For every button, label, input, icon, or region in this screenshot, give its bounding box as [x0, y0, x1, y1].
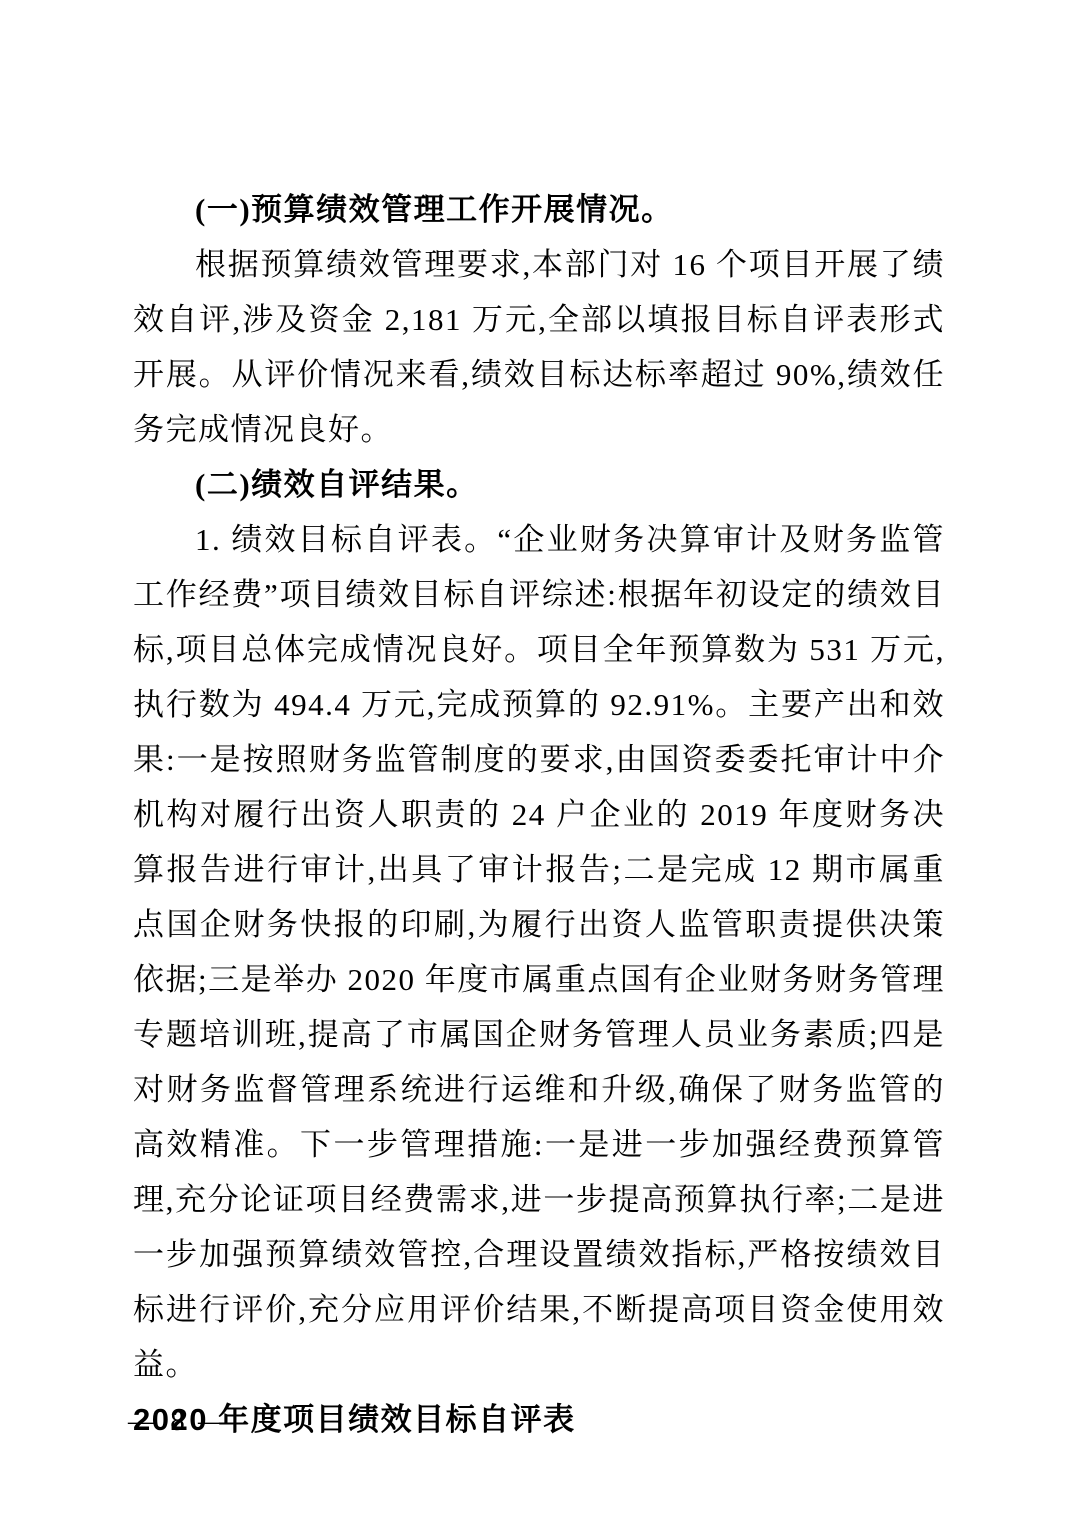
paragraph-project-evaluation-detail: 1. 绩效目标自评表。“企业财务决算审计及财务监管工作经费”项目绩效目标自评综述…: [133, 512, 945, 1392]
section-heading-evaluation-results: (二)绩效自评结果。: [133, 457, 945, 512]
table-title: 2020 年度项目绩效目标自评表: [133, 1392, 945, 1447]
paragraph-self-evaluation-overview: 根据预算绩效管理要求,本部门对 16 个项目开展了绩效自评,涉及资金 2,181…: [133, 237, 945, 457]
document-page: (一)预算绩效管理工作开展情况。 根据预算绩效管理要求,本部门对 16 个项目开…: [0, 0, 1074, 1520]
section-heading-budget-performance: (一)预算绩效管理工作开展情况。: [133, 182, 945, 237]
document-body: (一)预算绩效管理工作开展情况。 根据预算绩效管理要求,本部门对 16 个项目开…: [133, 182, 945, 1447]
page-number: — 8 —: [128, 1405, 230, 1438]
